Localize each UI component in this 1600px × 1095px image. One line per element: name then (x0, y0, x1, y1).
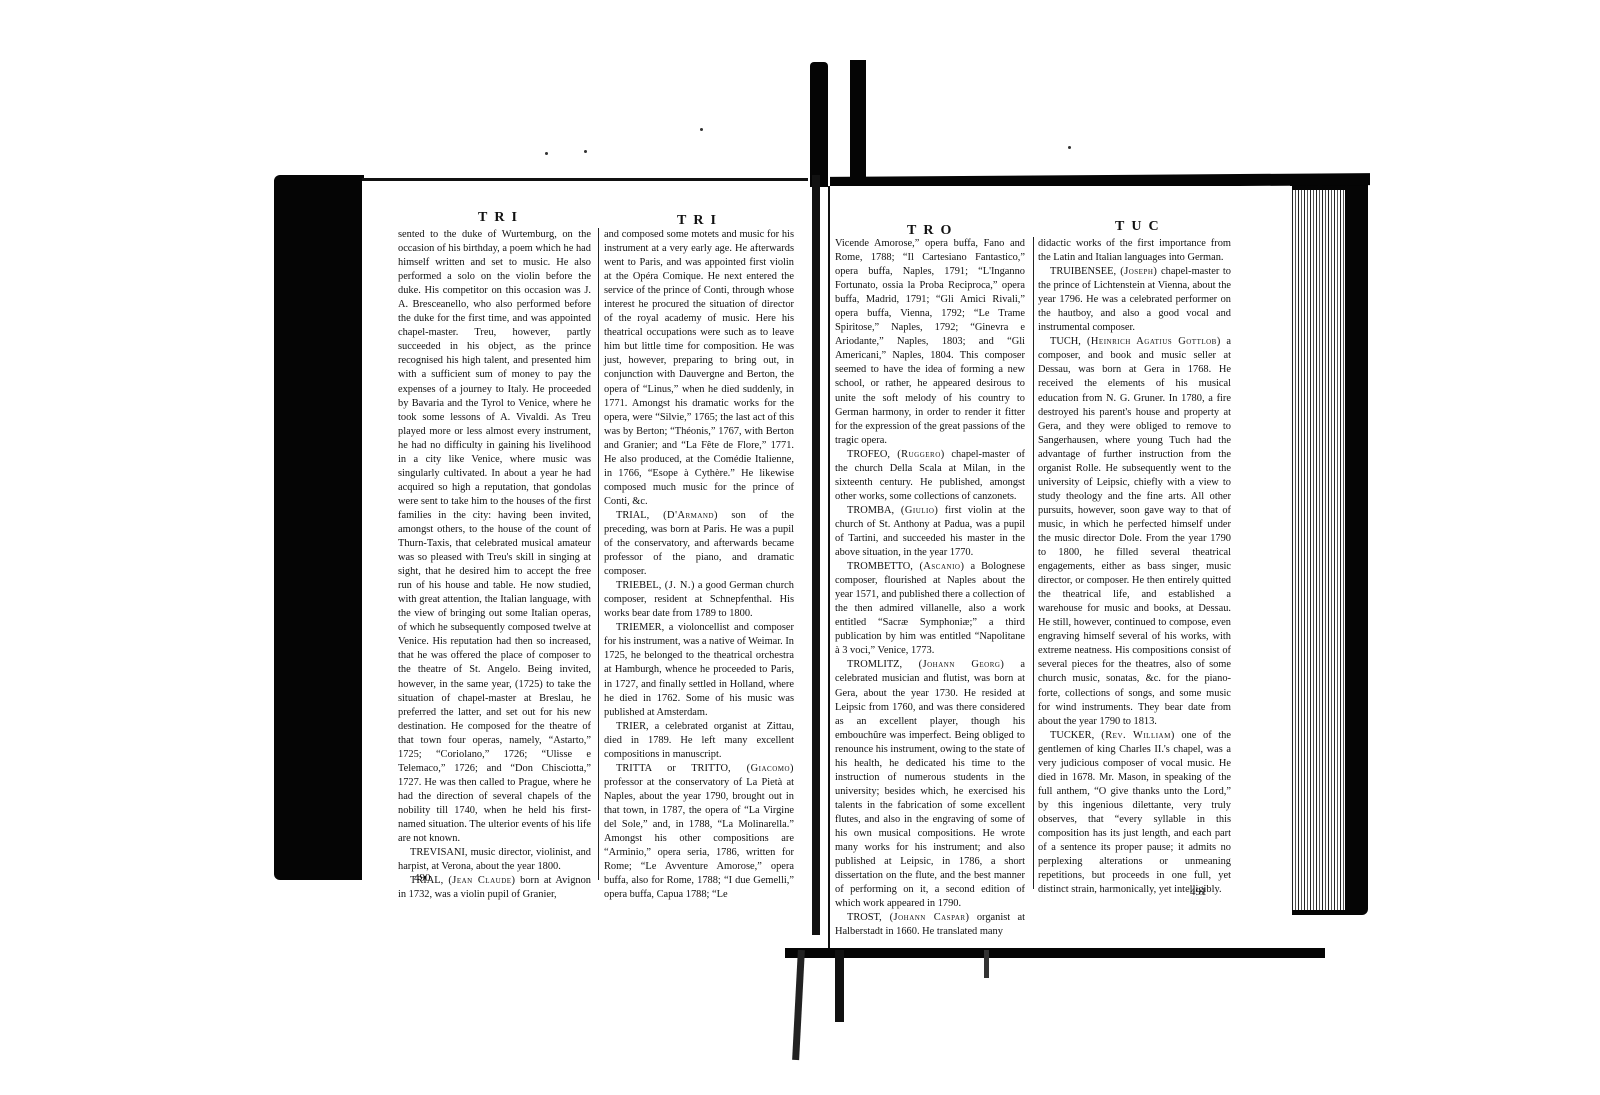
column-rule (1033, 237, 1034, 889)
scan-artifact (792, 950, 805, 1060)
scan-artifact (984, 950, 989, 978)
continued-text: Vicende Amorose,” opera buffa, Fano and … (835, 237, 1025, 448)
entry-forename: (Ascanio) (913, 561, 965, 572)
entry-body: a violoncellist and composer for his ins… (604, 622, 794, 717)
running-head: TRI (677, 213, 723, 229)
book-cover-left-edge (274, 175, 364, 880)
dictionary-entry: TROMBETTO, (Ascanio) a Bolognese compose… (835, 560, 1025, 658)
entry-body: didactic works of the first importance f… (1038, 238, 1231, 263)
entry-forename: (Rev. William) (1094, 730, 1175, 741)
entry-headword: TROMBETTO, (847, 561, 913, 572)
entry-headword: TROMLITZ, (847, 659, 902, 670)
column-rule (598, 228, 599, 880)
dictionary-entry: TREVISANI, music director, violinist, an… (398, 846, 591, 874)
entry-headword: TREVISANI, (410, 847, 467, 858)
spine-gutter (812, 175, 820, 935)
running-head: TRI (478, 210, 524, 226)
dictionary-entry: TUCKER, (Rev. William) one of the gentle… (1038, 729, 1231, 898)
entry-headword: TRIER, (616, 721, 649, 732)
dictionary-entry: TRIAL, (D'Armand) son of the preceding, … (604, 509, 794, 579)
text-column: and composed some motets and music for h… (604, 228, 794, 902)
entry-body: a composer, and book and music seller at… (1038, 336, 1231, 726)
scan-speck (700, 128, 703, 131)
entry-headword: TUCH, (1050, 336, 1081, 347)
running-head: TUC (1115, 219, 1166, 235)
scan-speck (545, 152, 548, 155)
entry-forename: (Giulio) (894, 505, 938, 516)
page-fore-edge (1290, 190, 1345, 910)
entry-forename: (Heinrich Agatius Gottlob) (1081, 336, 1221, 347)
dictionary-entry: TROST, (Johann Caspar) organist at Halbe… (835, 911, 1025, 939)
entry-body: Vicende Amorose,” opera buffa, Fano and … (835, 238, 1025, 446)
entry-body: one of the gentlemen of king Charles II.… (1038, 730, 1231, 896)
dictionary-entry: TRITTA or TRITTO, (Giacomo) professor at… (604, 762, 794, 902)
entry-forename: (Joseph) (1116, 266, 1157, 277)
entry-body: a Bolognese composer, flourished at Napl… (835, 561, 1025, 656)
scan-speck (1068, 146, 1071, 149)
spine-shadow (850, 60, 866, 186)
entry-headword: TRUIBENSEE, (1050, 266, 1116, 277)
spine-shadow (810, 62, 828, 187)
dictionary-entry: TRIEMER, a violoncellist and composer fo… (604, 621, 794, 719)
text-column: Vicende Amorose,” opera buffa, Fano and … (835, 237, 1025, 939)
dictionary-entry: TRIEBEL, (J. N.) a good German church co… (604, 579, 794, 621)
book-bottom-edge (785, 948, 1325, 958)
dictionary-entry: TROFEO, (Ruggero) chapel-master of the c… (835, 448, 1025, 504)
scan-speck (584, 150, 587, 153)
dictionary-entry: TROMLITZ, (Johann Georg) a celebrated mu… (835, 658, 1025, 911)
entry-headword: TRITTA or TRITTO, (616, 763, 731, 774)
page-number: 490 (414, 872, 431, 884)
dictionary-entry: TRUIBENSEE, (Joseph) chapel-master to th… (1038, 265, 1231, 335)
dictionary-entry: TUCH, (Heinrich Agatius Gottlob) a compo… (1038, 335, 1231, 728)
entry-forename: (D'Armand) (649, 510, 718, 521)
dictionary-entry: TROMBA, (Giulio) first violin at the chu… (835, 504, 1025, 560)
continued-text: didactic works of the first importance f… (1038, 237, 1231, 265)
entry-forename: (Giacomo) (731, 763, 794, 774)
entry-headword: TROFEO, (847, 449, 890, 460)
continued-text: and composed some motets and music for h… (604, 228, 794, 509)
entry-headword: TRIEMER, (616, 622, 664, 633)
entry-forename: (Johann Georg) (902, 659, 1004, 670)
entry-headword: TROST, (847, 912, 882, 923)
entry-body: a celebrated musician and flutist, was b… (835, 659, 1025, 909)
page-number: 491 (1190, 886, 1207, 898)
entry-headword: TRIEBEL, (616, 580, 661, 591)
scanned-book-spread: TRI TRI TRO TUC sented to the duke of Wu… (0, 0, 1600, 1095)
entry-headword: TUCKER, (1050, 730, 1094, 741)
entry-headword: TROMBA, (847, 505, 894, 516)
entry-forename: (Ruggero) (890, 449, 945, 460)
scan-artifact (835, 950, 844, 1022)
entry-forename: (J. N.) (661, 580, 695, 591)
entry-headword: TRIAL, (616, 510, 649, 521)
entry-body: and composed some motets and music for h… (604, 229, 794, 507)
entry-body: professor at the conservatory of La Piet… (604, 777, 794, 900)
dictionary-entry: TRIER, a celebrated organist at Zittau, … (604, 720, 794, 762)
entry-forename: (Jean Claude) (443, 875, 515, 886)
text-column: sented to the duke of Wurtemburg, on the… (398, 228, 591, 902)
entry-body: sented to the duke of Wurtemburg, on the… (398, 229, 591, 844)
entry-forename: (Johann Caspar) (882, 912, 970, 923)
continued-text: sented to the duke of Wurtemburg, on the… (398, 228, 591, 846)
text-column: didactic works of the first importance f… (1038, 237, 1231, 897)
